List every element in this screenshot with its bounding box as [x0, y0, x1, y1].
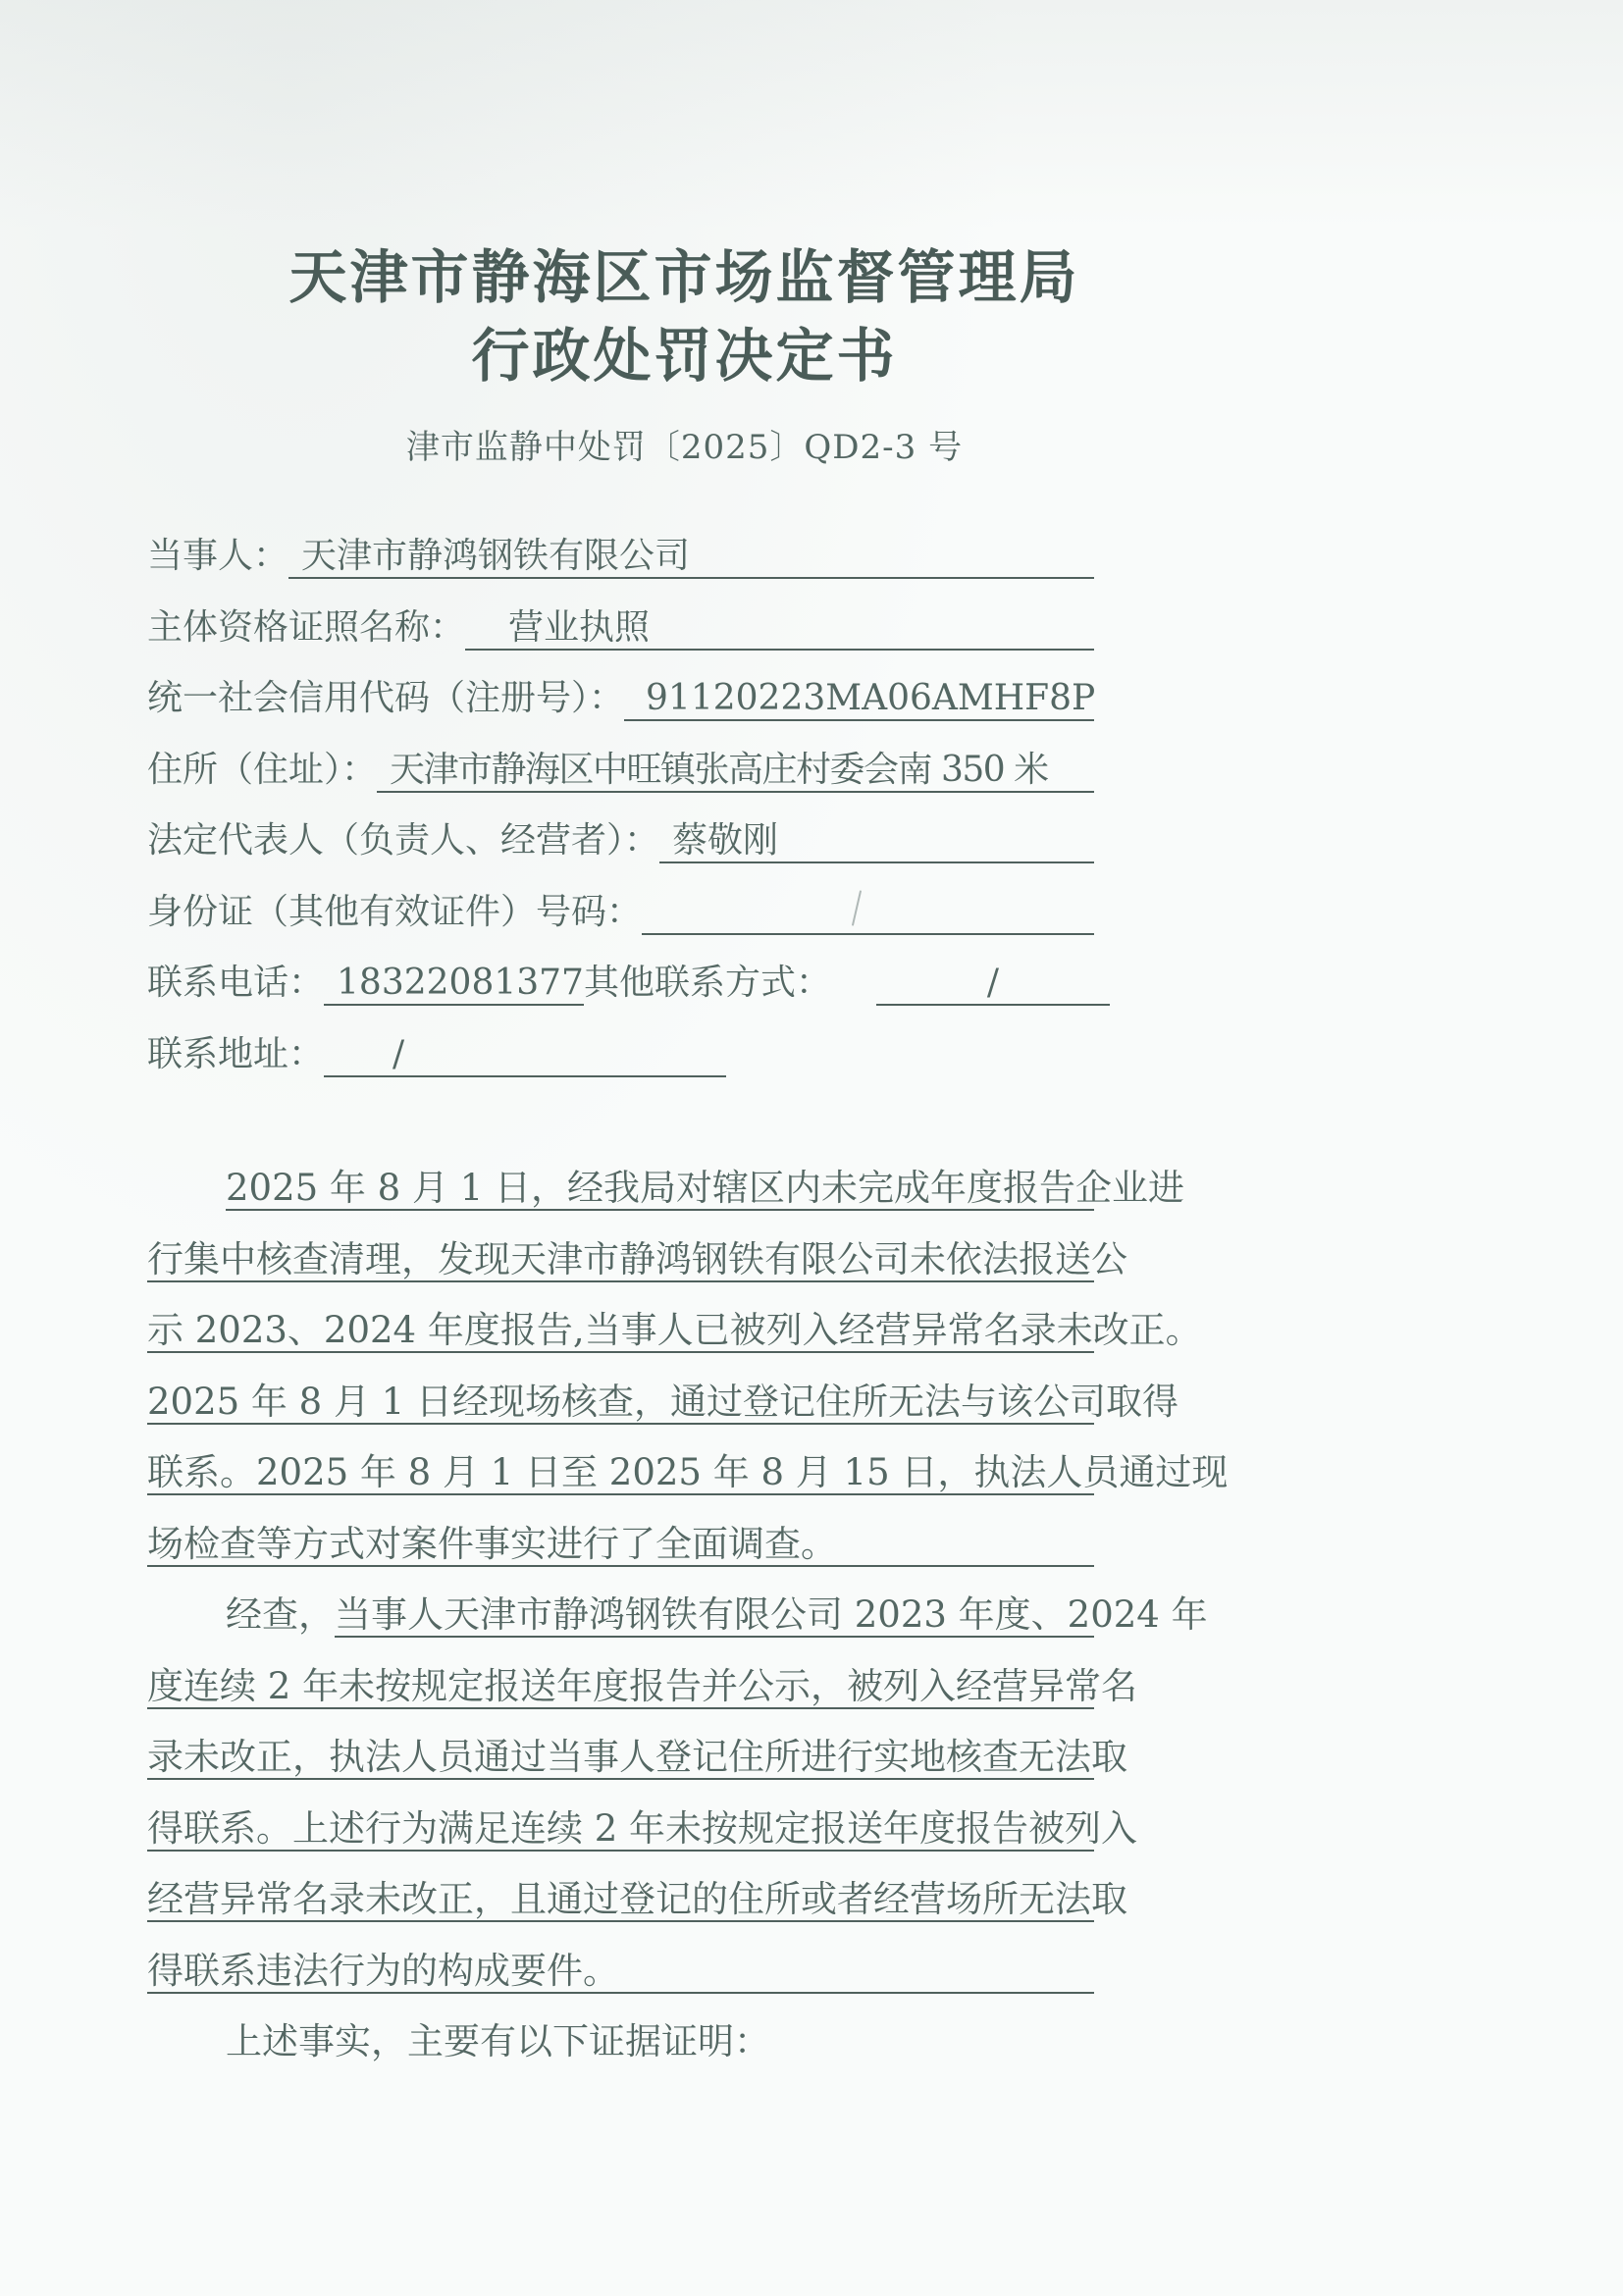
field-label: 住所（住址）： [147, 735, 377, 807]
body-text: 得联系。上述行为满足连续 2 年未按规定报送年度报告被列入 [147, 1794, 1094, 1865]
para2-line: 得联系违法行为的构成要件。 [147, 1936, 1094, 2008]
para2-line: 得联系。上述行为满足连续 2 年未按规定报送年度报告被列入 [147, 1794, 1094, 1865]
field-value: 营业执照 [465, 593, 1094, 664]
field-row-party: 当事人： 天津市静鸿钢铁有限公司 [147, 521, 1094, 593]
closing-line: 上述事实，主要有以下证据证明： [147, 2007, 1094, 2078]
field-label: 统一社会信用代码（注册号）： [147, 663, 624, 735]
title-authority: 天津市静海区市场监督管理局 [147, 238, 1222, 317]
body-text: 当事人天津市静鸿钢铁有限公司 2023 年度、2024 年 [335, 1580, 1094, 1651]
field-row-legal-rep: 法定代表人（负责人、经营者）： 蔡敬刚 [147, 806, 1094, 877]
para2-line: 经查， 当事人天津市静鸿钢铁有限公司 2023 年度、2024 年 [147, 1580, 1094, 1651]
para1-line: 场检查等方式对案件事实进行了全面调查。 [147, 1509, 1094, 1581]
doc-number: 津市监静中处罚〔2025〕QD2-3 号 [147, 419, 1222, 476]
field-label: 联系电话： [147, 948, 324, 1019]
para1-line: 2025 年 8 月 1 日，经我局对辖区内未完成年度报告企业进 [147, 1153, 1094, 1225]
field-row-credit-code: 统一社会信用代码（注册号）： 91120223MA06AMHF8P [147, 663, 1094, 735]
field-label-other-contact: 其他联系方式： [584, 948, 831, 1019]
para2-line: 经营异常名录未改正，且通过登记的住所或者经营场所无法取 [147, 1864, 1094, 1936]
field-value: 天津市静海区中旺镇张高庄村委会南 350 米 [377, 735, 1094, 807]
body-text: 示 2023、2024 年度报告,当事人已被列入经营异常名录未改正。 [147, 1295, 1094, 1367]
body-text: 经营异常名录未改正，且通过登记的住所或者经营场所无法取 [147, 1864, 1094, 1936]
faint-pen-mark [852, 890, 862, 926]
field-value: / [324, 1019, 726, 1091]
field-value [642, 877, 1094, 949]
field-row-id-number: 身份证（其他有效证件）号码： [147, 877, 1094, 949]
title-doc-type: 行政处罚决定书 [147, 317, 1222, 395]
para1-line: 2025 年 8 月 1 日经现场核查，通过登记住所无法与该公司取得 [147, 1367, 1094, 1438]
paragraph-indent [147, 1153, 226, 1225]
field-row-contact-address: 联系地址： / [147, 1019, 1094, 1091]
body-text: 得联系违法行为的构成要件。 [147, 1936, 1094, 2008]
body-text: 上述事实，主要有以下证据证明： [226, 2007, 770, 2078]
para2-line: 录未改正，执法人员通过当事人登记住所进行实地核查无法取 [147, 1722, 1094, 1794]
field-value-other-contact: / [876, 948, 1110, 1019]
field-label: 当事人： [147, 521, 288, 593]
body-text: 场检查等方式对案件事实进行了全面调查。 [147, 1509, 1094, 1581]
para2-line: 度连续 2 年未按规定报送年度报告并公示，被列入经营异常名 [147, 1651, 1094, 1723]
body-text: 录未改正，执法人员通过当事人登记住所进行实地核查无法取 [147, 1722, 1094, 1794]
para1-line: 示 2023、2024 年度报告,当事人已被列入经营异常名录未改正。 [147, 1295, 1094, 1367]
field-value-phone: 18322081377 [324, 948, 584, 1019]
field-label: 法定代表人（负责人、经营者）： [147, 806, 659, 877]
para1-line: 联系。2025 年 8 月 1 日至 2025 年 8 月 15 日，执法人员通… [147, 1437, 1094, 1509]
field-row-license-name: 主体资格证照名称： 营业执照 [147, 593, 1094, 664]
field-row-phone: 联系电话： 18322081377 其他联系方式： / [147, 948, 1094, 1019]
scanned-penalty-decision-page: 天津市静海区市场监督管理局 行政处罚决定书 津市监静中处罚〔2025〕QD2-3… [0, 0, 1623, 2296]
findings-section: 2025 年 8 月 1 日，经我局对辖区内未完成年度报告企业进 行集中核查清理… [147, 1153, 1094, 2078]
paragraph-indent [147, 2007, 226, 2078]
field-value: 天津市静鸿钢铁有限公司 [288, 521, 1094, 593]
body-text: 联系。2025 年 8 月 1 日至 2025 年 8 月 15 日，执法人员通… [147, 1437, 1094, 1509]
body-text: 行集中核查清理，发现天津市静鸿钢铁有限公司未依法报送公 [147, 1225, 1094, 1296]
document-title: 天津市静海区市场监督管理局 行政处罚决定书 [147, 238, 1222, 395]
body-text: 2025 年 8 月 1 日经现场核查，通过登记住所无法与该公司取得 [147, 1367, 1094, 1438]
field-label: 联系地址： [147, 1019, 324, 1091]
field-row-address: 住所（住址）： 天津市静海区中旺镇张高庄村委会南 350 米 [147, 735, 1094, 807]
party-info-section: 当事人： 天津市静鸿钢铁有限公司 主体资格证照名称： 营业执照 统一社会信用代码… [147, 521, 1094, 1090]
field-value: 91120223MA06AMHF8P [624, 663, 1094, 735]
field-label: 主体资格证照名称： [147, 593, 465, 664]
body-text: 2025 年 8 月 1 日，经我局对辖区内未完成年度报告企业进 [226, 1153, 1094, 1225]
body-text-prefix: 经查， [226, 1580, 335, 1651]
body-text: 度连续 2 年未按规定报送年度报告并公示，被列入经营异常名 [147, 1651, 1094, 1723]
para1-line: 行集中核查清理，发现天津市静鸿钢铁有限公司未依法报送公 [147, 1225, 1094, 1296]
field-value: 蔡敬刚 [659, 806, 1094, 877]
paragraph-indent [147, 1580, 226, 1651]
field-label: 身份证（其他有效证件）号码： [147, 877, 642, 949]
document-content: 天津市静海区市场监督管理局 行政处罚决定书 津市监静中处罚〔2025〕QD2-3… [147, 0, 1094, 2078]
